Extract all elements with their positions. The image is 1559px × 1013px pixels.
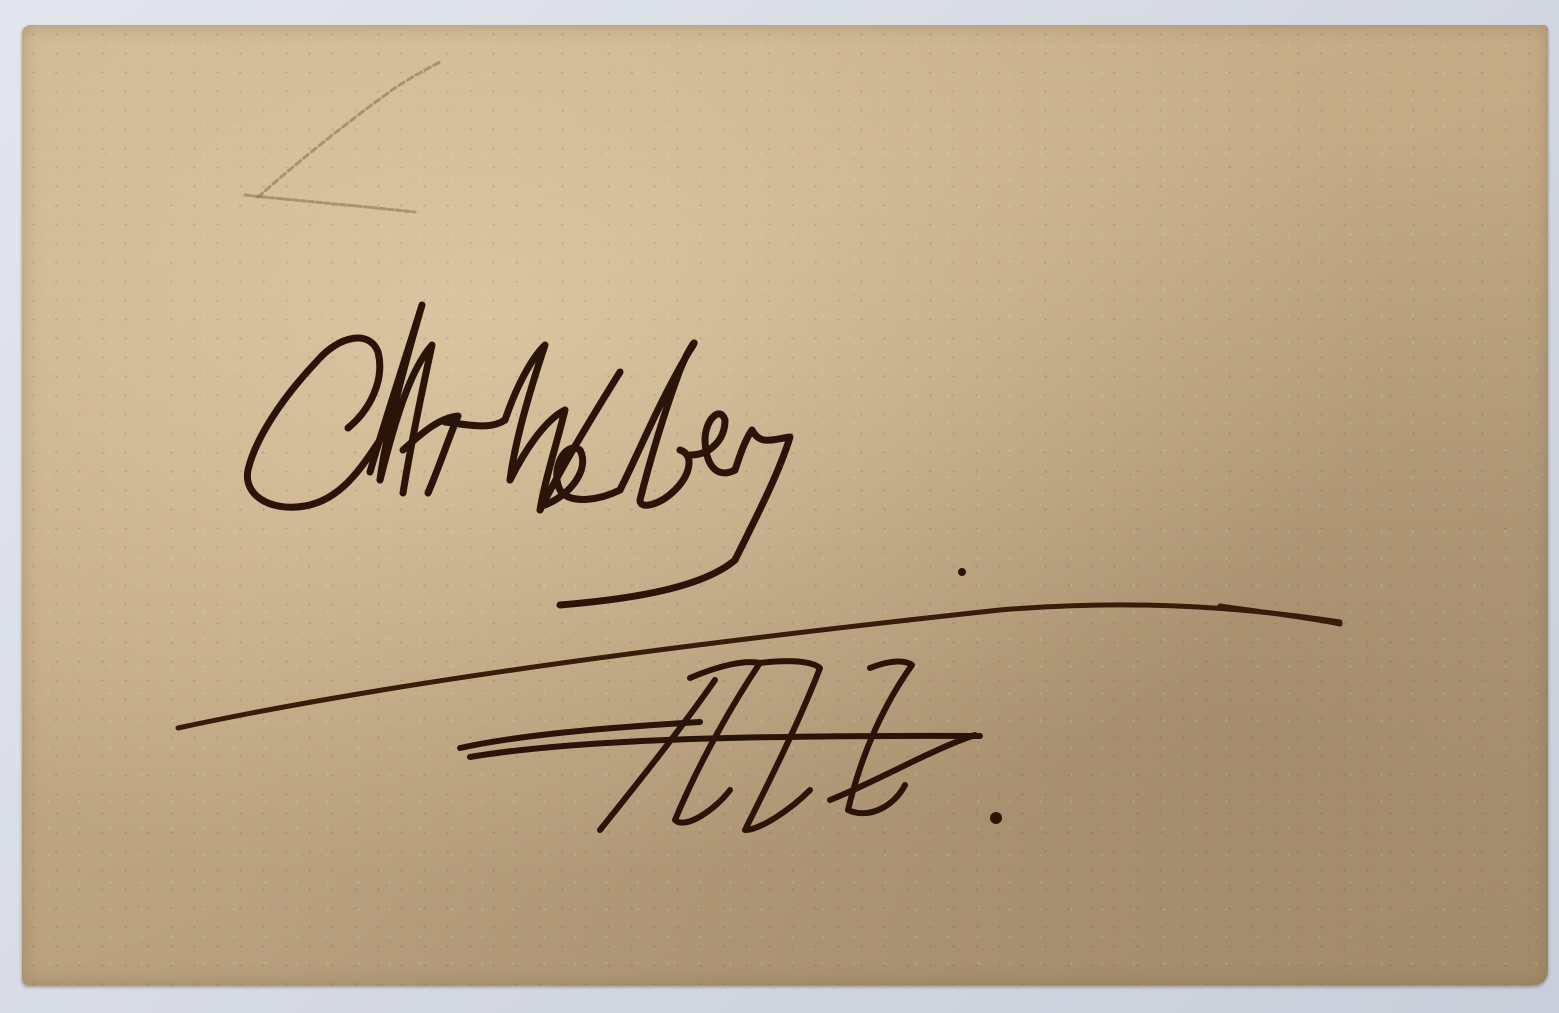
- ink-strokes: [22, 25, 1548, 985]
- period-dot: [990, 812, 1002, 824]
- pencil-mark: [245, 62, 440, 212]
- ink-dot: [958, 568, 966, 576]
- handwritten-card: Chr Weber 1788. faint pencil stroke (ill…: [22, 25, 1548, 985]
- second-line-strokes: [460, 661, 980, 830]
- signature: [247, 305, 790, 605]
